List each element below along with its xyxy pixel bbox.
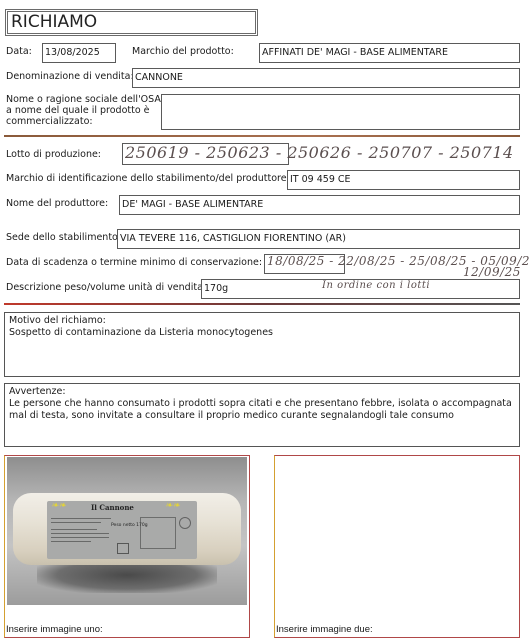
label-decoration-right: ❧❧: [165, 501, 180, 511]
weight-label: Descrizione peso/volume unità di vendita…: [6, 282, 206, 294]
product-label-title: Il Cannone: [91, 503, 134, 512]
expiry-handwritten-line2: 12/09/25: [463, 265, 521, 279]
date-field[interactable]: 13/08/2025: [42, 43, 116, 63]
producer-label: Nome del produttore:: [6, 198, 108, 210]
sales-name-field[interactable]: CANNONE: [132, 68, 520, 88]
recall-reason-box[interactable]: Motivo del richiamo: Sospetto di contami…: [4, 312, 520, 377]
lot-handwritten-value: 250619 - 250623 - 250626 - 250707 - 2507…: [125, 143, 514, 162]
image-two-caption: Inserire immagine due:: [276, 624, 373, 635]
image-two-box[interactable]: Inserire immagine due:: [274, 455, 520, 638]
page-title: RICHIAMO: [7, 11, 256, 34]
label-decoration-left: ❧❧: [51, 501, 66, 511]
section-divider: [4, 135, 520, 137]
product-label: ❧❧ Il Cannone ❧❧ Peso netto 170g: [47, 501, 197, 559]
product-photo: ❧❧ Il Cannone ❧❧ Peso netto 170g: [7, 457, 247, 605]
date-label: Data:: [6, 46, 32, 58]
recall-reason-label: Motivo del richiamo:: [9, 315, 515, 327]
weight-handwritten-note: In ordine con i lotti: [322, 280, 430, 291]
product-brand-label: Marchio del prodotto:: [132, 46, 234, 58]
title-box: RICHIAMO: [5, 9, 258, 36]
product-brand-field[interactable]: AFFINATI DE' MAGI - BASE ALIMENTARE: [259, 43, 520, 63]
plant-address-field[interactable]: VIA TEVERE 116, CASTIGLION FIORENTINO (A…: [117, 229, 520, 249]
id-mark-field[interactable]: IT 09 459 CE: [287, 170, 520, 190]
image-one-caption: Inserire immagine uno:: [6, 624, 103, 635]
recall-reason-text: Sospetto di contaminazione da Listeria m…: [9, 327, 515, 339]
qr-code-icon: [117, 543, 129, 554]
warnings-label: Avvertenze:: [9, 386, 515, 398]
warnings-text: Le persone che hanno consumato i prodott…: [9, 398, 515, 422]
osa-field[interactable]: [161, 94, 520, 130]
sales-name-label: Denominazione di vendita:: [6, 71, 134, 83]
recycle-icon: [179, 517, 191, 529]
lot-label: Lotto di produzione:: [6, 149, 101, 161]
plant-address-label: Sede dello stabilimento:: [6, 232, 121, 244]
image-one-box[interactable]: ❧❧ Il Cannone ❧❧ Peso netto 170g Inserir…: [4, 455, 250, 638]
warnings-box[interactable]: Avvertenze: Le persone che hanno consuma…: [4, 383, 520, 447]
id-mark-label: Marchio di identificazione dello stabili…: [6, 173, 290, 185]
producer-field[interactable]: DE' MAGI - BASE ALIMENTARE: [119, 195, 520, 215]
nutrition-table: [140, 517, 176, 549]
section-divider: [4, 303, 520, 305]
expiry-label: Data di scadenza o termine minimo di con…: [6, 257, 262, 269]
osa-label-line3: commercializzato:: [6, 116, 93, 128]
